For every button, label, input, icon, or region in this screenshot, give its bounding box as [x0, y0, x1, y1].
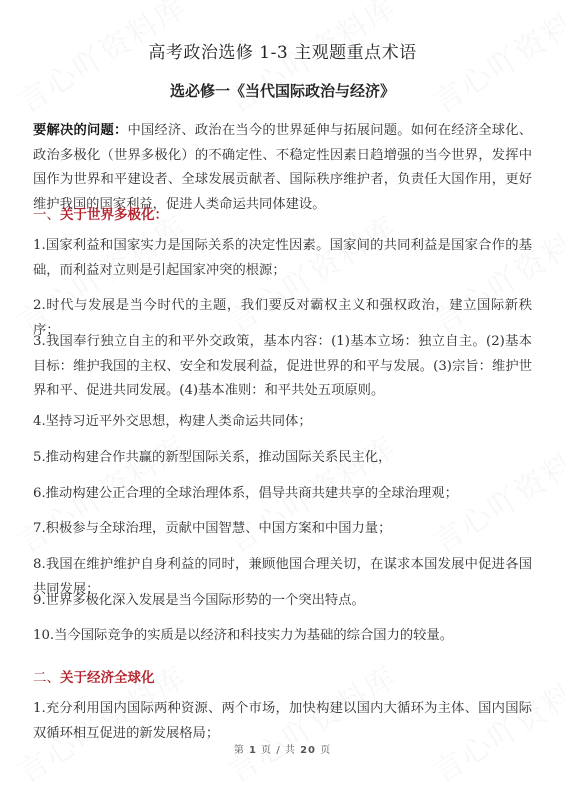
list-item: 4.坚持习近平外交思想，构建人类命运共同体；: [33, 410, 532, 435]
total-pages-number: 20: [300, 745, 316, 756]
section-title: 关于世界多极化：: [60, 207, 168, 223]
footer-suffix: 页: [320, 745, 331, 756]
section-number: 一、: [33, 207, 60, 223]
section-title: 关于经济全球化: [60, 670, 155, 686]
page-footer: 第 1 页 / 共 20 页: [0, 741, 565, 756]
footer-middle: 页 / 共: [261, 745, 296, 756]
footer-prefix: 第: [234, 745, 245, 756]
document-title: 高考政治选修 1-3 主观题重点术语: [0, 38, 565, 63]
section-heading-2: 二、关于经济全球化: [33, 666, 155, 686]
list-item: 5.推动构建合作共赢的新型国际关系，推动国际关系民主化，: [33, 446, 532, 471]
list-item: 1.充分利用国内国际两种资源、两个市场，加快构建以国内大循环为主体、国内国际双循…: [33, 697, 532, 746]
list-item: 3.我国奉行独立自主的和平外交政策，基本内容：(1)基本立场：独立自主。(2)基…: [33, 330, 532, 404]
list-item: 9.世界多极化深入发展是当今国际形势的一个突出特点。: [33, 589, 532, 614]
list-item: 7.积极参与全球治理，贡献中国智慧、中国方案和中国力量；: [33, 517, 532, 542]
section-number: 二、: [33, 670, 60, 686]
list-item: 10.当今国际竞争的实质是以经济和科技实力为基础的综合国力的较量。: [33, 624, 532, 649]
intro-label: 要解决的问题：: [33, 123, 127, 138]
list-item: 6.推动构建公正合理的全球治理体系，倡导共商共建共享的全球治理观；: [33, 482, 532, 507]
document-subtitle: 选必修一《当代国际政治与经济》: [0, 80, 565, 101]
list-item: 1.国家利益和国家实力是国际关系的决定性因素。国家间的共同利益是国家合作的基础，…: [33, 234, 532, 283]
section-heading-1: 一、关于世界多极化：: [33, 203, 168, 223]
current-page-number: 1: [249, 745, 257, 756]
